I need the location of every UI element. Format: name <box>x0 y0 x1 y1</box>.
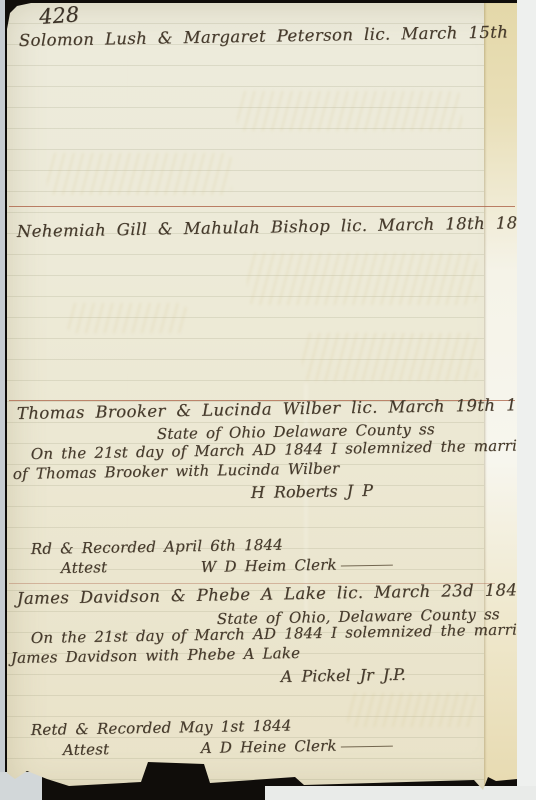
clerk-signature-text: A D Heine Clerk <box>201 737 337 757</box>
ink-bleedthrough <box>237 91 462 131</box>
officiant-signature: H Roberts J P <box>251 481 373 502</box>
clerk-signature: W D Heim Clerk <box>201 555 393 576</box>
officiant-signature: A Pickel Jr J.P. <box>281 665 406 686</box>
section-divider-rule <box>9 206 515 207</box>
ink-bleedthrough <box>347 693 477 727</box>
attest-label: Attest <box>63 740 110 759</box>
page-number: 428 <box>38 2 80 29</box>
scanner-background-bottom <box>265 786 536 800</box>
attest-label: Attest <box>61 558 108 577</box>
pen-flourish <box>341 746 393 748</box>
scanner-background-right <box>517 0 536 800</box>
clerk-signature: A D Heine Clerk <box>201 736 393 757</box>
ink-bleedthrough <box>302 333 477 381</box>
ink-bleedthrough <box>67 303 187 333</box>
scanned-ledger-screenshot: { "document": { "page_number": "428", "i… <box>0 0 536 800</box>
clerk-signature-text: W D Heim Clerk <box>201 556 337 576</box>
ink-bleedthrough <box>47 153 232 195</box>
scanner-edge-strip <box>0 0 5 800</box>
ink-bleedthrough <box>247 253 477 305</box>
pen-flourish <box>341 565 393 567</box>
scanner-background-bottom-left <box>0 772 42 800</box>
ledger-page: 428 Solomon Lush & Margaret Peterson lic… <box>7 3 517 792</box>
